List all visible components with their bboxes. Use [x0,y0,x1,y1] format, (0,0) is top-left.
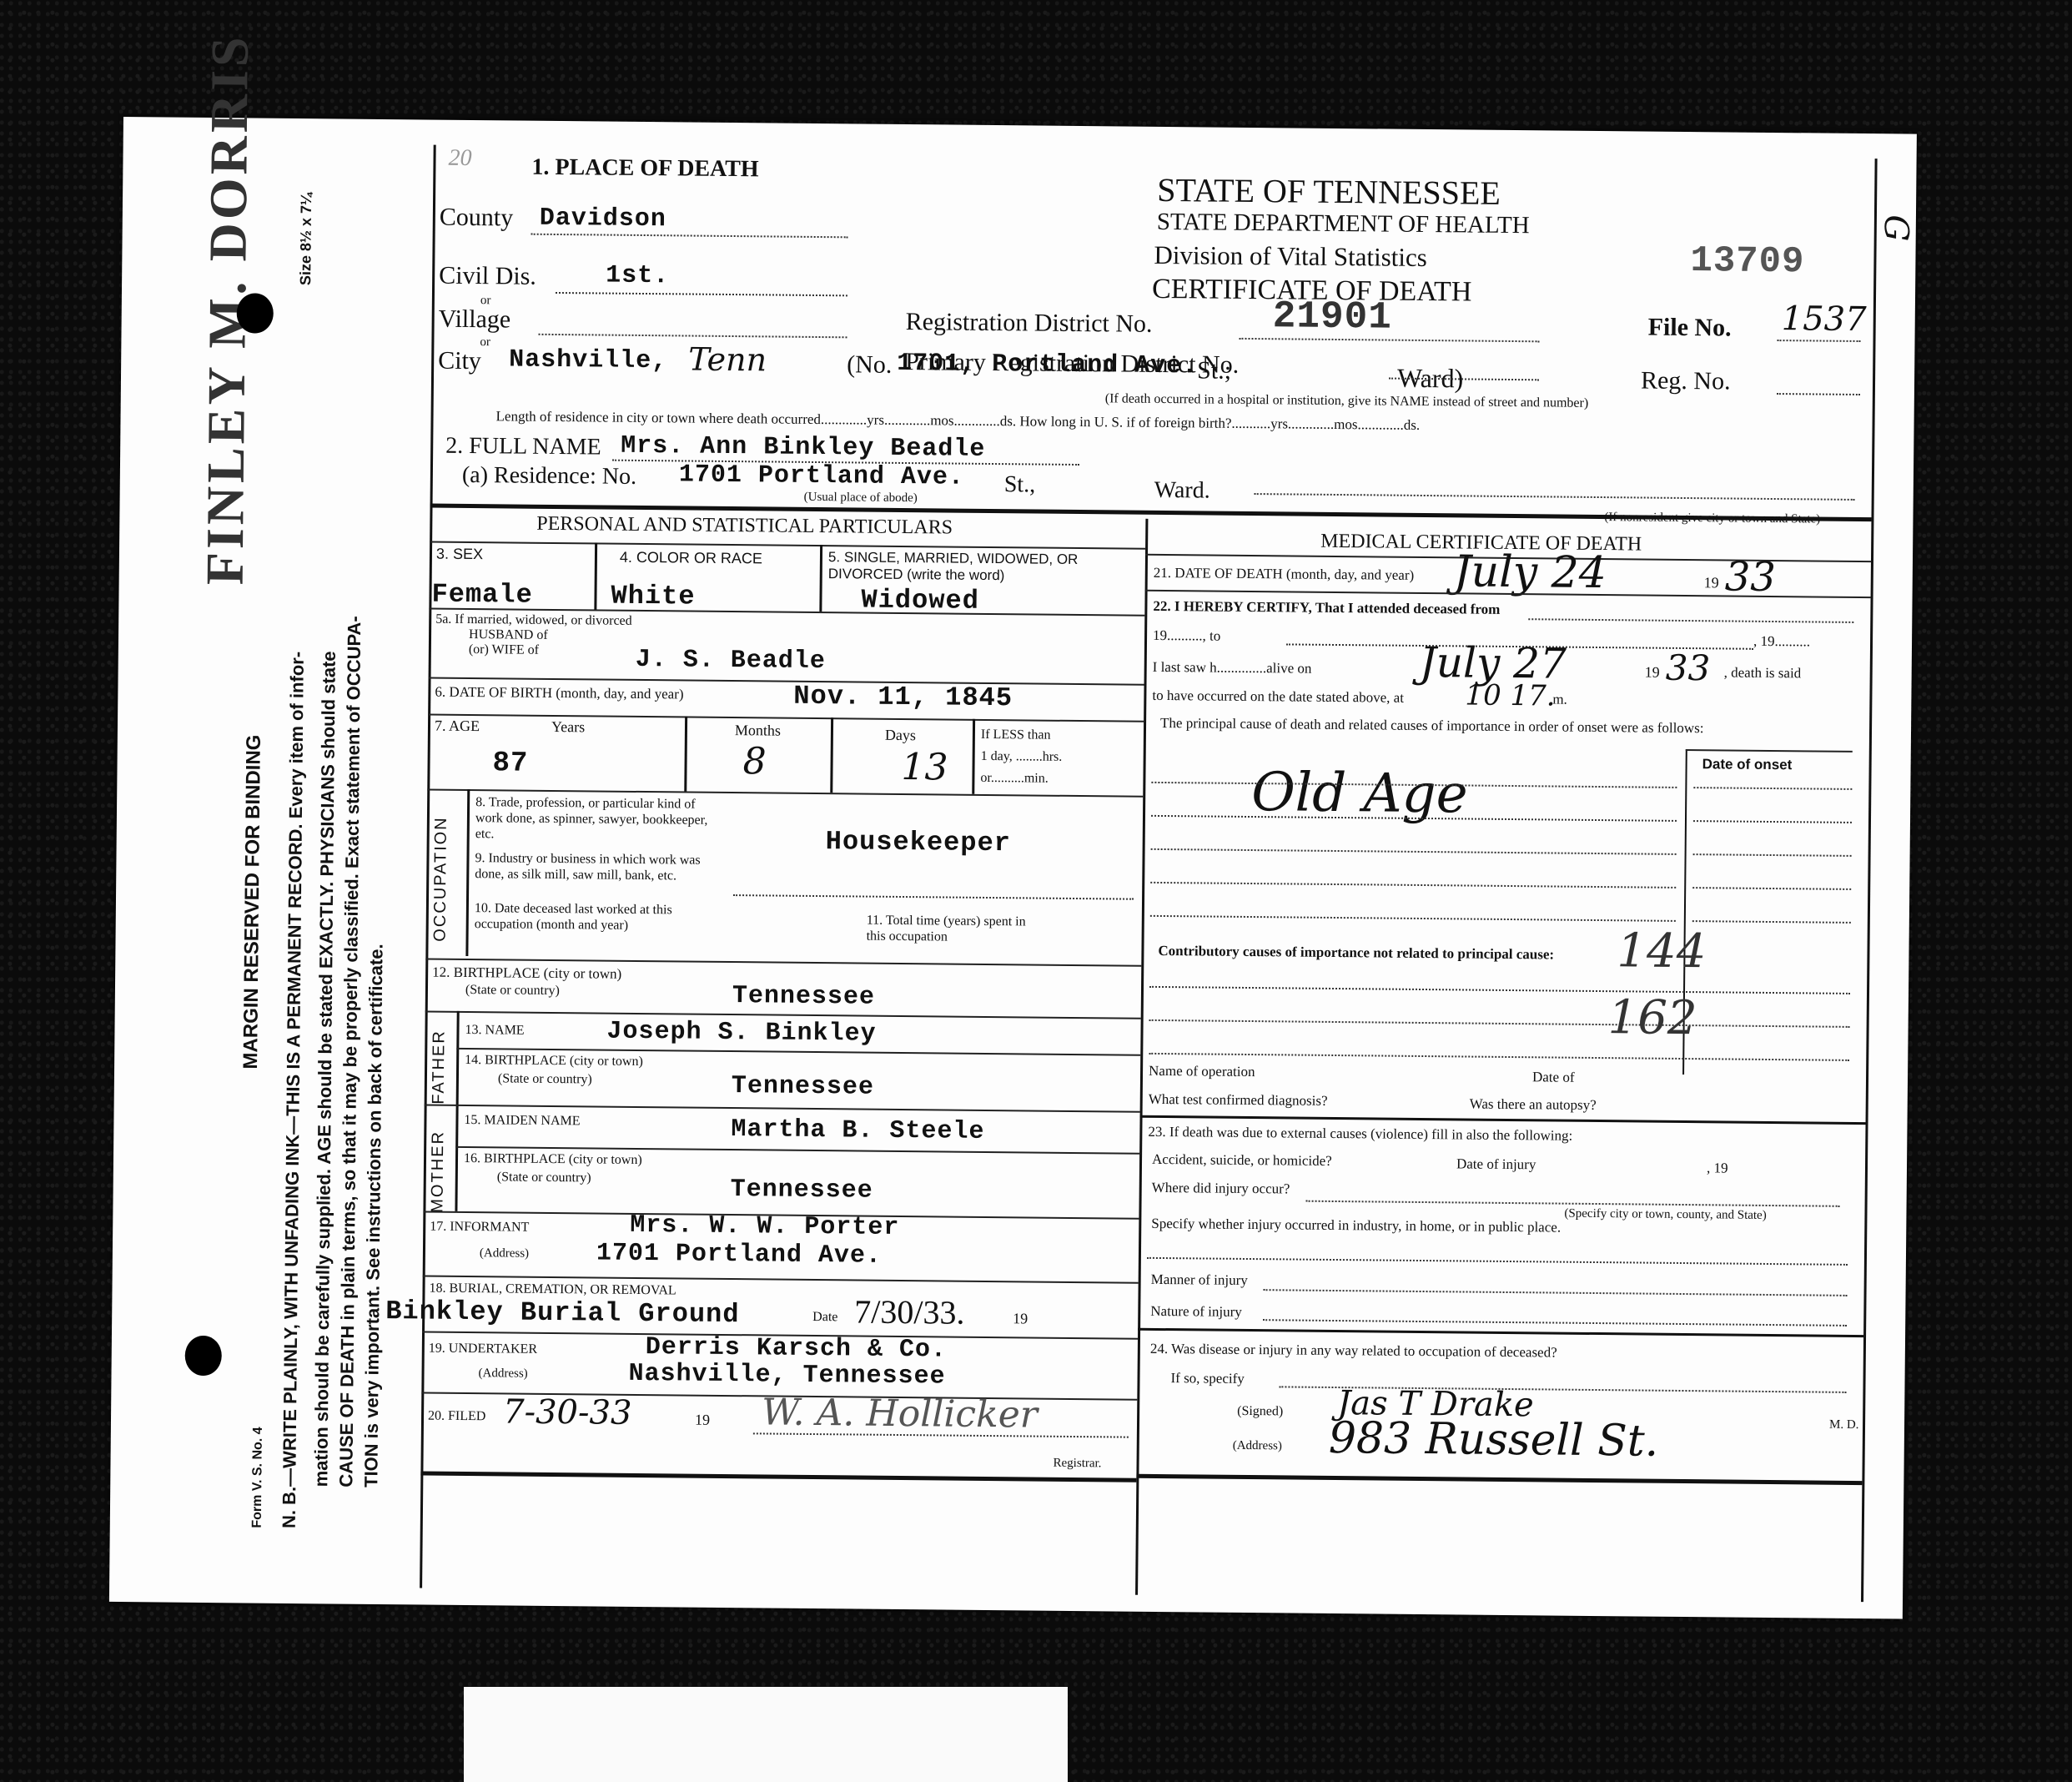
father-name-label: 13. NAME [465,1023,524,1039]
division-title: Division of Vital Statistics [1154,240,1427,273]
informant-address-value: 1701 Portland Ave. [596,1240,882,1271]
file-no-label: File No. [1647,314,1731,343]
months-label: Months [735,722,781,740]
age-months: 8 [742,740,766,783]
bottom-border-left [420,1471,1136,1482]
residence-ward: Ward. [1154,477,1210,505]
date-of-death-19: 19 [1704,574,1719,591]
mother-birthplace-value: Tennessee [731,1175,873,1206]
row-line [1138,1328,1863,1337]
birthplace-value: Tennessee [732,982,875,1012]
parents-side-divider [455,1011,459,1211]
onset-line [1693,820,1852,823]
mother-birthplace-label: 16. BIRTHPLACE (city or town) [464,1151,642,1168]
sex-value: Female [431,579,533,611]
bottom-border-right [1136,1474,1862,1485]
instructions-line-1: N. B.—WRITE PLAINLY, WITH UNFADING INK—T… [279,652,309,1528]
cell-divider [594,542,597,609]
usual-place-note: (Usual place of abode) [804,491,918,506]
marital-label: 5. SINGLE, MARRIED, WIDOWED, OR DIVORCED… [828,549,1145,586]
undertaker-address-value: Nashville, Tennessee [628,1360,945,1392]
registration-district-label: Registration District No. [906,308,1153,339]
last-saw-19: 19 [1645,664,1660,682]
or-label-2: or [480,335,490,350]
where-line [1306,1201,1840,1207]
registrar-signature: W. A. Hollicker [762,1391,1038,1436]
spouse-value: J. S. Beadle [636,646,826,676]
cause-code-2: 162 [1607,990,1697,1045]
civil-dis-label: Civil Dis. [439,262,536,291]
street-no-label: (No. [847,350,892,380]
injury-19: , 19 [1707,1160,1728,1176]
death-certificate: FINLEY M. DORRIS Size 8½ x 7¼ MARGIN RES… [109,117,1917,1619]
reg-no-label: Reg. No. [1641,366,1731,395]
father-birthplace-sub: (State or country) [498,1071,592,1087]
full-name-value: Mrs. Ann Binkley Beadle [621,432,985,464]
specify-line [1147,1257,1848,1266]
filed-value: 7-30-33 [503,1392,632,1432]
father-birthplace-label: 14. BIRTHPLACE (city or town) [465,1053,643,1070]
trade-value: Housekeeper [826,826,1012,858]
race-label: 4. COLOR OR RACE [620,549,762,568]
industry-line [733,894,1134,900]
onset-line [1693,787,1852,790]
contributory-line [1149,1019,1850,1028]
row-line [1686,749,1853,753]
date-onset-label: Date of onset [1702,756,1793,773]
trade-label: 8. Trade, profession, or particular kind… [475,794,727,844]
operation-date-label: Date of [1532,1069,1575,1085]
file-no-value: 1537 [1782,300,1867,339]
race-value: White [611,581,695,612]
spouse-label-2: HUSBAND of [469,627,548,643]
occupation-side-label: OCCUPATION [431,816,451,942]
accident-label: Accident, suicide, or homicide? [1152,1151,1332,1170]
burial-date-label: Date [812,1310,837,1325]
size-note: Size 8½ x 7¼ [297,193,315,285]
onset-line [1693,853,1852,857]
undertaker-label: 19. UNDERTAKER [429,1342,537,1357]
occupation-related-label: 24. Was disease or injury in any way rel… [1150,1341,1557,1362]
informant-value: Mrs. W. W. Porter [630,1211,899,1242]
registrar-label: Registrar. [1053,1457,1101,1472]
cell-divider [830,717,833,793]
cell-divider [972,719,975,794]
registration-district-line [1240,338,1540,342]
autopsy-label: Was there an autopsy? [1470,1096,1597,1114]
full-name-label: 2. FULL NAME [445,433,601,461]
cause-line [1151,848,1677,855]
occupation-side-divider [465,789,470,956]
physician-address-value: 983 Russell St. [1329,1413,1659,1467]
sex-label: 3. SEX [436,546,483,564]
mother-maiden-label: 15. MAIDEN NAME [464,1113,580,1129]
filed-label: 20. FILED [428,1409,485,1425]
contributory-line [1149,986,1850,994]
residence-st: St., [1004,471,1036,498]
certify-label: 22. I HEREBY CERTIFY, That I attended de… [1153,598,1500,618]
signed-label: (Signed) [1237,1404,1283,1420]
place-of-death-heading: 1. PLACE OF DEATH [531,154,759,184]
city-label: City [438,347,481,375]
birthplace-label: 12. BIRTHPLACE (city or town) [432,964,621,983]
injury-date-label: Date of injury [1456,1155,1536,1173]
corner-mark: G [1877,214,1915,241]
years-label: Years [551,718,585,736]
date-of-death-label: 21. DATE OF DEATH (month, day, and year) [1154,565,1415,584]
time-suffix: m. [1552,691,1567,707]
test-label: What test confirmed diagnosis? [1149,1091,1328,1110]
undertaker-address-label: (Address) [478,1367,527,1382]
where-label: Where did injury occur? [1152,1180,1290,1198]
binding-hole-bottom [185,1336,222,1376]
row-line [428,714,1144,722]
birthplace-sub: (State or country) [465,983,560,999]
burial-value: Binkley Burial Ground [385,1296,740,1330]
mother-birthplace-sub: (State or country) [497,1170,591,1185]
last-worked-label: 10. Date deceased last worked at this oc… [475,900,725,934]
city-state-handwritten: Tenn [688,341,767,379]
row-line [425,1105,1140,1113]
county-line [531,234,848,239]
certify-from-line [1528,618,1853,623]
last-saw-year: 33 [1666,647,1711,689]
days-label: Days [885,727,916,744]
city-value: Nashville, [509,345,667,375]
file-no-line [1778,340,1861,342]
dob-label: 6. DATE OF BIRTH (month, day, and year) [435,684,683,703]
dob-value: Nov. 11, 1845 [793,681,1013,714]
civil-dis-value: 1st. [606,262,669,291]
form-right-border [1861,159,1878,1602]
if-so-label: If so, specify [1170,1370,1244,1387]
county-value: Davidson [540,204,666,234]
binding-hole-top [237,293,274,333]
date-of-death-value: July 24 [1454,546,1607,598]
civil-dis-line [556,292,847,296]
blank-label-slip [464,1687,1068,1782]
primary-registration-label: Primary Registration District No. [905,348,1239,380]
row-line [425,1011,1141,1019]
father-birthplace-value: Tennessee [732,1072,874,1102]
less-than-1: If LESS than [981,727,1051,743]
county-label: County [440,204,514,233]
specify-where-label: Specify whether injury occurred in indus… [1151,1216,1561,1236]
onset-line [1692,920,1851,924]
village-line [539,334,847,339]
nature-line [1263,1319,1847,1326]
cell-divider [819,545,822,612]
registration-district-value: 21901 [1273,294,1393,339]
mother-maiden-value: Martha B. Steele [731,1115,984,1146]
burial-date-value: 7/30/33. [854,1291,965,1331]
length-of-residence: Length of residence in city or town wher… [495,408,1420,434]
instructions-line-2: mation should be carefully supplied. AGE… [310,651,340,1487]
death-said-label: , death is said [1724,664,1802,682]
certify-from-year: 19.........., to [1153,627,1220,645]
spouse-label-1: 5a. If married, widowed, or divorced [435,612,632,629]
form-number: Form V. S. No. 4 [250,1427,266,1528]
nonresident-line [1255,493,1855,501]
department-title: STATE DEPARTMENT OF HEALTH [1157,209,1530,239]
village-label: Village [439,305,511,335]
manner-label: Manner of injury [1151,1271,1248,1289]
less-than-2: 1 day, ........hrs. [981,749,1063,765]
reg-no-line [1777,393,1860,395]
row-line [1140,1115,1866,1125]
contributory-line [1149,1053,1849,1061]
row-line [430,541,1145,550]
residence-label: (a) Residence: No. [462,462,636,491]
contributory-label: Contributory causes of importance not re… [1158,943,1554,964]
cause-code-1: 144 [1617,924,1707,979]
personal-title: PERSONAL AND STATISTICAL PARTICULARS [536,513,953,540]
external-label: 23. If death was due to external causes … [1148,1124,1572,1145]
less-than-3: or..........min. [980,771,1049,787]
date-of-death-year: 33 [1725,553,1777,601]
hospital-note: (If death occurred in a hospital or inst… [1105,391,1589,411]
cause-line [1150,882,1676,888]
age-days: 13 [901,746,948,789]
cause-label: The principal cause of death and related… [1160,715,1861,737]
instructions-line-4: TION is very important. See instructions… [360,944,387,1488]
md-label: M. D. [1829,1418,1859,1432]
informant-address-label: (Address) [480,1246,529,1261]
mother-side-label: MOTHER [428,1130,448,1213]
certify-to-year: , 19.......... [1753,633,1810,651]
burial-19: 19 [1013,1310,1028,1327]
margin-mark: 20 [448,145,471,172]
onset-line [1692,887,1851,890]
cause-line [1150,915,1676,922]
total-time-label: 11. Total time (years) spent in this occ… [867,913,1033,946]
spouse-label-3: (or) WIFE of [469,642,539,658]
filed-19: 19 [695,1412,710,1429]
column-divider [1135,519,1148,1595]
state-title: STATE OF TENNESSEE [1157,170,1501,213]
cell-divider [684,716,687,791]
specify-city-note: (Specify city or town, county, and State… [1564,1207,1766,1223]
physician-address-label: (Address) [1233,1439,1282,1454]
last-saw-label: I last saw h..............alive on [1153,659,1312,677]
manner-line [1264,1289,1848,1296]
age-years: 87 [492,748,528,779]
father-name-value: Joseph S. Binkley [606,1018,876,1049]
margin-note: MARGIN RESERVED FOR BINDING [239,734,266,1069]
occurred-label: to have occurred on the date stated abov… [1152,687,1404,707]
operation-label: Name of operation [1149,1063,1255,1080]
time-value: 10 17. [1465,678,1556,712]
industry-label: 9. Industry or business in which work wa… [475,850,725,884]
father-side-label: FATHER [430,1029,450,1105]
age-label: 7. AGE [435,717,480,736]
residence-value: 1701 Portland Ave. [679,461,964,491]
nature-label: Nature of injury [1150,1303,1242,1321]
informant-label: 17. INFORMANT [430,1220,529,1236]
stamp-number: 13709 [1690,240,1805,283]
